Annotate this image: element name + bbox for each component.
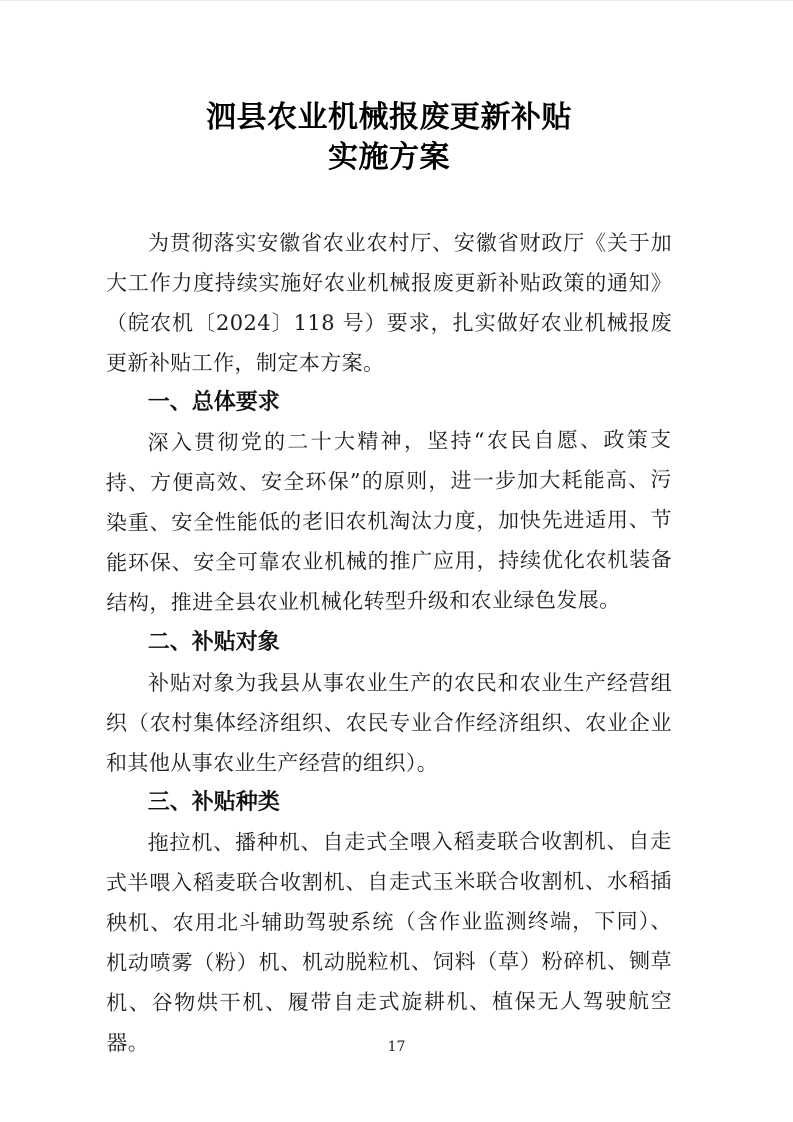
page-number: 17 bbox=[0, 1037, 793, 1057]
section-heading-overall-requirements: 一、总体要求 bbox=[106, 383, 672, 423]
section-body-subsidy-categories: 拖拉机、播种机、自走式全喂入稻麦联合收割机、自走式半喂入稻麦联合收割机、自走式玉… bbox=[106, 821, 673, 1063]
document-page: 泗县农业机械报废更新补贴 实施方案 为贯彻落实安徽省农业农村厅、安徽省财政厅《关… bbox=[0, 0, 793, 1122]
document-content: 泗县农业机械报废更新补贴 实施方案 为贯彻落实安徽省农业农村厅、安徽省财政厅《关… bbox=[106, 1, 672, 1063]
section-heading-subsidy-categories: 三、补贴种类 bbox=[106, 783, 672, 823]
section-body-subsidy-targets: 补贴对象为我县从事农业生产的农民和农业生产经营组织（农村集体经济组织、农民专业合… bbox=[106, 663, 672, 783]
document-title-line-1: 泗县农业机械报废更新补贴 bbox=[106, 98, 672, 138]
intro-paragraph: 为贯彻落实安徽省农业农村厅、安徽省财政厅《关于加大工作力度持续实施好农业机械报废… bbox=[106, 223, 672, 383]
document-body: 为贯彻落实安徽省农业农村厅、安徽省财政厅《关于加大工作力度持续实施好农业机械报废… bbox=[106, 223, 672, 1063]
section-body-overall-requirements: 深入贯彻党的二十大精神，坚持“农民自愿、政策支持、方便高效、安全环保”的原则，进… bbox=[105, 420, 672, 623]
section-heading-subsidy-targets: 二、补贴对象 bbox=[106, 623, 672, 663]
document-title-line-2: 实施方案 bbox=[106, 138, 672, 178]
document-title: 泗县农业机械报废更新补贴 实施方案 bbox=[106, 98, 672, 178]
